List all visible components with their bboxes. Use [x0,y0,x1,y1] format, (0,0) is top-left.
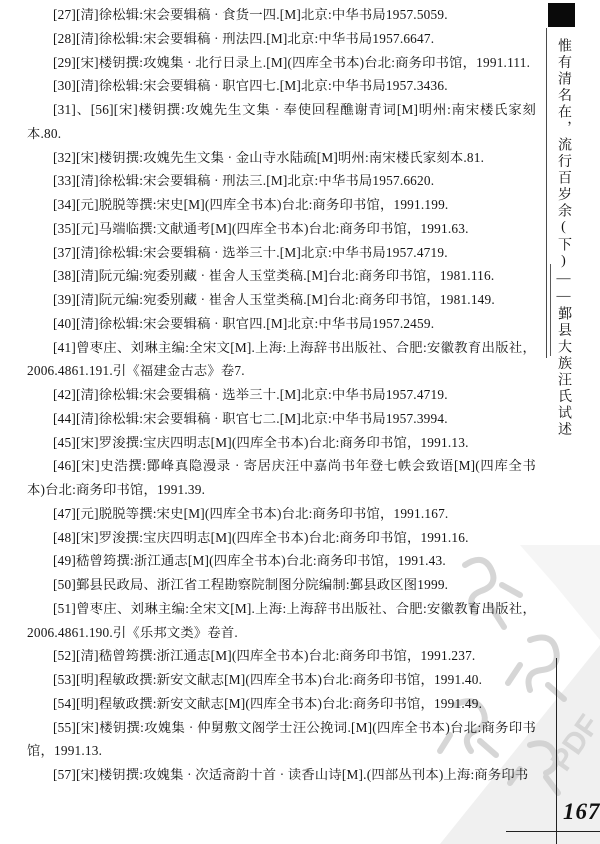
reference-item: [28][清]徐松辑:宋会要辑稿 · 刑法四.[M]北京:中华书局1957.66… [27,27,536,51]
reference-item: [46][宋]史浩撰:鄮峰真隐漫录 · 寄居庆汪中嘉尚书年登七帙会致语[M](四… [27,454,536,502]
reference-item: [32][宋]楼钥撰:攻媿先生文集 · 金山寺水陆疏[M]明州:南宋楼氏家刻本.… [27,146,536,170]
reference-item: [31]、[56][宋]楼钥撰:攻媿先生文集 · 奉使回程醮谢青词[M]明州:南… [27,98,536,146]
reference-item: [48][宋]罗浚撰:宝庆四明志[M](四库全书本)台北:商务印书馆，1991.… [27,526,536,550]
reference-item: [51]曾枣庄、刘琳主编:全宋文[M].上海:上海辞书出版社、合肥:安徽教育出版… [27,597,536,645]
reference-item: [40][清]徐松辑:宋会要辑稿 · 职官四.[M]北京:中华书局1957.24… [27,312,536,336]
reference-item: [29][宋]楼钥撰:攻媿集 · 北行日录上.[M](四库全书本)台北:商务印书… [27,51,536,75]
page-tab-marker [548,3,575,27]
reference-item: [35][元]马端临撰:文献通考[M](四库全书本)台北:商务印书馆，1991.… [27,217,536,241]
reference-item: [44][清]徐松辑:宋会要辑稿 · 职官七二.[M]北京:中华书局1957.3… [27,407,536,431]
reference-item: [55][宋]楼钥撰:攻媿集 · 仲舅敷文阁学士汪公挽词.[M](四库全书本)台… [27,716,536,764]
page-corner-vertical-rule [556,658,557,844]
page-corner-horizontal-rule [506,831,600,832]
reference-item: [39][清]阮元编:宛委别藏 · 崔舍人玉堂类稿.[M]台北:商务印书馆，19… [27,288,536,312]
reference-item: [37][清]徐松辑:宋会要辑稿 · 选举三十.[M]北京:中华书局1957.4… [27,241,536,265]
reference-item: [42][清]徐松辑:宋会要辑稿 · 选举三十.[M]北京:中华书局1957.4… [27,383,536,407]
references-list: [27][清]徐松辑:宋会要辑稿 · 食货一四.[M]北京:中华书局1957.5… [0,0,600,787]
sidebar-divider-line [546,28,547,358]
reference-item: [54][明]程敏政撰:新安文献志[M](四库全书本)台北:商务印书馆，1991… [27,692,536,716]
reference-item: [27][清]徐松辑:宋会要辑稿 · 食货一四.[M]北京:中华书局1957.5… [27,3,536,27]
reference-item: [34][元]脱脱等撰:宋史[M](四库全书本)台北:商务印书馆，1991.19… [27,193,536,217]
reference-item: [30][清]徐松辑:宋会要辑稿 · 职官四七.[M]北京:中华书局1957.3… [27,74,536,98]
sidebar-running-title: 惟有清名在，流行百岁余(下)——鄞县大族汪氏试述 [553,38,573,418]
reference-item: [33][清]徐松辑:宋会要辑稿 · 刑法三.[M]北京:中华书局1957.66… [27,169,536,193]
reference-item: [53][明]程敏政撰:新安文献志[M](四库全书本)台北:商务印书馆，1991… [27,668,536,692]
reference-item: [52][清]嵇曾筠撰:浙江通志[M](四库全书本)台北:商务印书馆，1991.… [27,644,536,668]
reference-item: [57][宋]楼钥撰:攻媿集 · 次适斋韵十首 · 读香山诗[M].(四部丛刊本… [27,763,536,787]
page-number: 167 [563,799,600,825]
reference-item: [50]鄞县民政局、浙江省工程勘察院制图分院编制:鄞县政区图1999. [27,573,536,597]
reference-item: [47][元]脱脱等撰:宋史[M](四库全书本)台北:商务印书馆，1991.16… [27,502,536,526]
reference-item: [49]嵇曾筠撰:浙江通志[M](四库全书本)台北:商务印书馆，1991.43. [27,549,536,573]
reference-item: [41]曾枣庄、刘琳主编:全宋文[M].上海:上海辞书出版社、合肥:安徽教育出版… [27,336,536,384]
proper-noun-mark-line [550,264,551,356]
reference-item: [45][宋]罗浚撰:宝庆四明志[M](四库全书本)台北:商务印书馆，1991.… [27,431,536,455]
reference-item: [38][清]阮元编:宛委别藏 · 崔舍人玉堂类稿.[M]台北:商务印书馆，19… [27,264,536,288]
